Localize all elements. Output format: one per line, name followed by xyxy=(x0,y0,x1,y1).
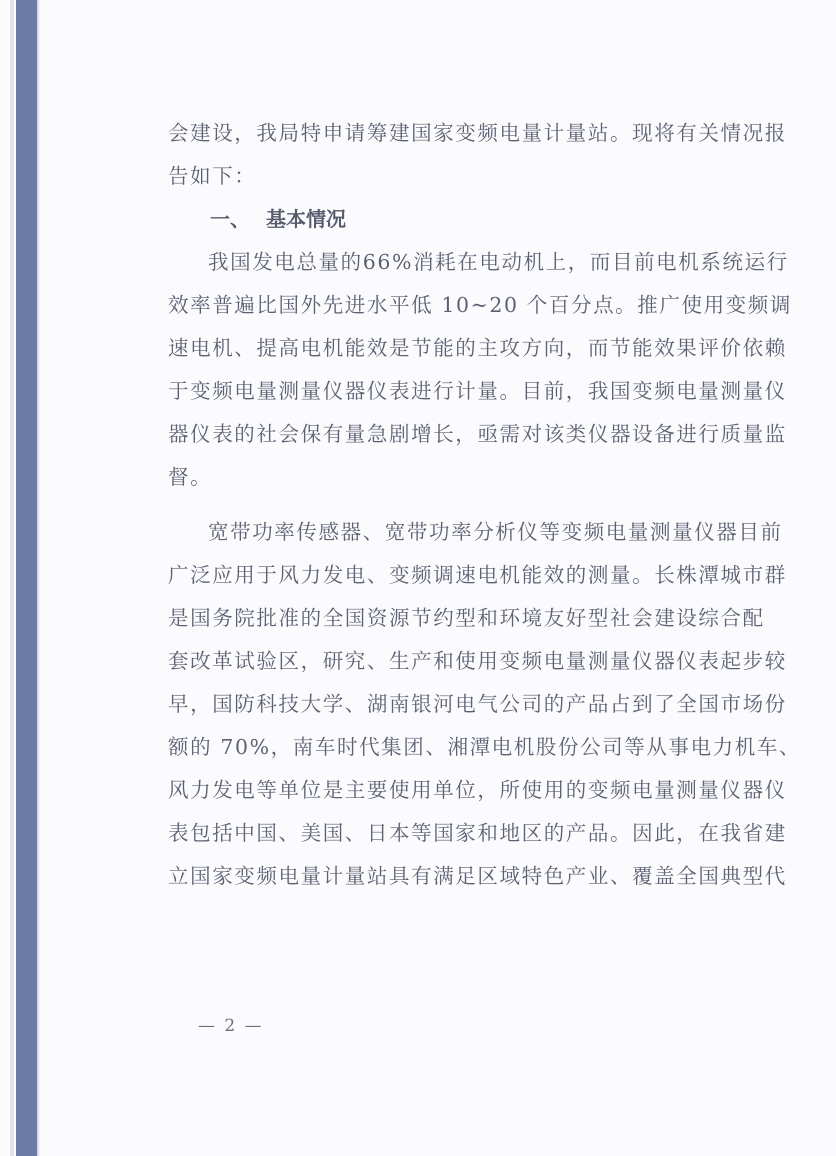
scan-binding-shadow xyxy=(37,0,40,1156)
paragraph-2: 宽带功率传感器、宽带功率分析仪等变频电量测量仪器目前 广泛应用于风力发电、变频调… xyxy=(168,511,772,898)
document-page: 会建设，我局特申请筹建国家变频电量计量站。现将有关情况报 告如下： 一、基本情况… xyxy=(168,112,772,898)
body-line: 速电机、提高电机能效是节能的主攻方向，而节能效果评价依赖 xyxy=(168,327,772,370)
body-line: 于变频电量测量仪器仪表进行计量。目前，我国变频电量测量仪 xyxy=(168,370,772,413)
paragraph-1: 我国发电总量的66%消耗在电动机上，而目前电机系统运行 效率普遍比国外先进水平低… xyxy=(168,241,772,499)
section-heading: 一、基本情况 xyxy=(168,198,772,241)
body-line: 套改革试验区，研究、生产和使用变频电量测量仪器仪表起步较 xyxy=(168,640,772,683)
body-line: 广泛应用于风力发电、变频调速电机能效的测量。长株潭城市群 xyxy=(168,554,772,597)
scan-binding-band xyxy=(16,0,37,1156)
body-line: 表包括中国、美国、日本等国家和地区的产品。因此，在我省建 xyxy=(168,812,772,855)
section-number: 一、 xyxy=(210,198,266,241)
body-line: 告如下： xyxy=(168,155,772,198)
body-line: 是国务院批准的全国资源节约型和环境友好型社会建设综合配 xyxy=(168,597,772,640)
paragraph-gap xyxy=(168,499,772,511)
body-line: 风力发电等单位是主要使用单位，所使用的变频电量测量仪器仪 xyxy=(168,769,772,812)
page-number: — 2 — xyxy=(198,1016,264,1036)
section-title: 基本情况 xyxy=(266,207,346,231)
body-line: 效率普遍比国外先进水平低 10~20 个百分点。推广使用变频调 xyxy=(168,284,772,327)
body-line: 器仪表的社会保有量急剧增长，亟需对该类仪器设备进行质量监 xyxy=(168,413,772,456)
body-line: 额的 70%，南车时代集团、湘潭电机股份公司等从事电力机车、 xyxy=(168,726,772,769)
body-line: 早，国防科技大学、湖南银河电气公司的产品占到了全国市场份 xyxy=(168,683,772,726)
body-line: 我国发电总量的66%消耗在电动机上，而目前电机系统运行 xyxy=(168,241,772,284)
body-line: 立国家变频电量计量站具有满足区域特色产业、覆盖全国典型代 xyxy=(168,855,772,898)
body-line: 会建设，我局特申请筹建国家变频电量计量站。现将有关情况报 xyxy=(168,112,772,155)
body-line: 督。 xyxy=(168,456,772,499)
scan-edge-stripe xyxy=(10,0,14,1156)
body-line: 宽带功率传感器、宽带功率分析仪等变频电量测量仪器目前 xyxy=(168,511,772,554)
